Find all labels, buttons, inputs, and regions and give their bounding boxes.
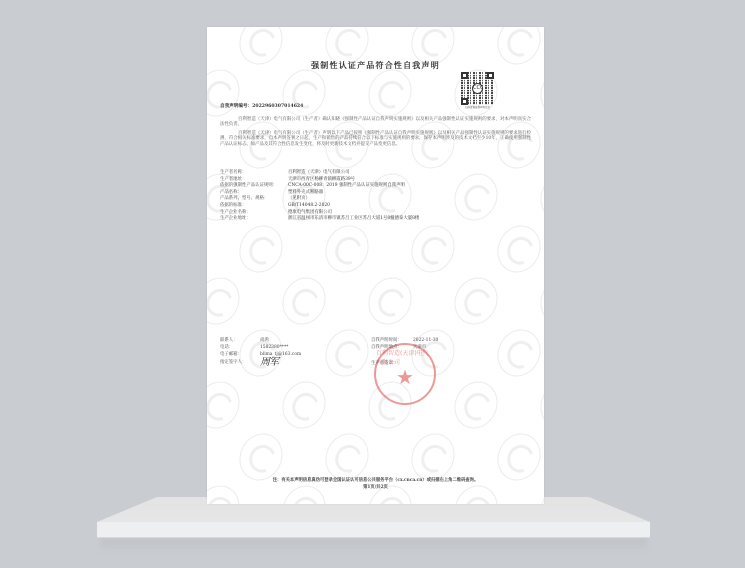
declaration-number: 自我声明编号：2022960307014624 <box>220 103 303 109</box>
declaration-info-label: 自我声明时间： <box>371 337 413 344</box>
field-label: 生产企业地址： <box>220 216 288 223</box>
field-label: 依据的强制性产品认证规则： <box>220 183 288 190</box>
declaration-place: 天津市 <box>413 344 426 351</box>
field-value: 浙江省温州市乐清市柳市镇苏吕工业区苏吕大道1号8幢德泰大厦8楼 <box>288 216 531 223</box>
field-value: （见附页） <box>288 196 531 203</box>
contact-row: 电话：1582380**** <box>220 344 370 351</box>
paragraph-declaration: 百利智造（天津）电气有限公司（生产者）声明以下产品已按照《强制性产品认证自我声明… <box>220 131 531 147</box>
contact-row: 联系人：尚鸿 <box>220 337 370 344</box>
document-content: 强制性认证产品符合性自我声明 CCC 扫码查询自我声明信息 自我声明编号：202… <box>207 27 544 504</box>
declaration-date: 2022-11-30 <box>413 337 438 344</box>
shelf-shadow <box>100 538 647 552</box>
qr-caption: 扫码查询自我声明信息 <box>461 105 494 109</box>
qr-code[interactable]: CCC 扫码查询自我声明信息 <box>461 72 494 108</box>
field-value: 百利智造（天津）电气有限公司 <box>288 170 531 177</box>
handwritten-signature: 周军 <box>260 359 278 367</box>
field-value: CNCA-00C-008：2019 强制性产品认证实施规则自我声明 <box>288 183 531 190</box>
contact-info: 联系人：尚鸿 电话：1582380**** 电子邮箱：blima_tj@163.… <box>220 337 370 367</box>
field-label: 生产者名称： <box>220 170 288 177</box>
footnote: 注：有关本声明信息真伪可登录全国认证认可信息公共服务平台（cx.cnca.cn）… <box>207 477 544 491</box>
declaration-info-label: 自我声明地点： <box>371 344 413 351</box>
product-info-fields: 生产者名称：百利智造（天津）电气有限公司 生产者地址：天津市西青区杨柳青镇柳霞路… <box>220 170 531 223</box>
contact-label: 电话： <box>220 344 260 351</box>
display-shelf-front <box>97 522 650 538</box>
field-row: 生产企业地址：浙江省温州市乐清市柳市镇苏吕工业区苏吕大道1号8幢德泰大厦8楼 <box>220 216 531 223</box>
company-seal-stamp: 百利智造(天津)电气有限公司 ★ <box>374 343 436 405</box>
contact-row: 电子邮箱：blima_tj@163.com <box>220 351 370 358</box>
certificate-page: 强制性认证产品符合性自我声明 CCC 扫码查询自我声明信息 自我声明编号：202… <box>207 27 544 504</box>
footnote-text: 注：有关本声明信息真伪可登录全国认证认可信息公共服务平台（cx.cnca.cn）… <box>207 477 544 484</box>
declaration-info-row: 自我声明地点：天津市 <box>371 344 531 351</box>
field-row: 依据的强制性产品认证规则：CNCA-00C-008：2019 强制性产品认证实施… <box>220 183 531 190</box>
declaration-number-value: 2022960307014624 <box>252 104 303 109</box>
field-value: GB/T14048.2-2020 <box>288 203 531 210</box>
declaration-info-row: 自我声明时间：2022-11-30 <box>371 337 531 344</box>
paragraph-acknowledgement: 百利智造（天津）电气有限公司（生产者）确认知晓《强制性产品认证自我声明实施规则》… <box>220 117 531 128</box>
contact-person: 尚鸿 <box>260 337 269 344</box>
declaration-number-label: 自我声明编号： <box>220 104 252 109</box>
ccc-logo-icon: CCC <box>472 83 483 94</box>
contact-label: 电子邮箱： <box>220 351 260 358</box>
document-title: 强制性认证产品符合性自我声明 <box>207 60 544 71</box>
field-row: 生产者名称：百利智造（天津）电气有限公司 <box>220 170 531 177</box>
field-row: 依据的标准：GB/T14048.2-2020 <box>220 203 531 210</box>
contact-phone: 1582380**** <box>260 344 288 351</box>
field-label: 产品系列、型号、规格： <box>220 196 288 203</box>
field-value: 塑料外壳式断路器 <box>288 190 531 197</box>
contact-row: 指定签字人：周军 <box>220 359 370 367</box>
declaration-info: 自我声明时间：2022-11-30 自我声明地点：天津市 <box>371 337 531 351</box>
contact-label: 联系人： <box>220 337 260 344</box>
page-indicator: 第1页/共2页 <box>207 484 544 491</box>
contact-label: 指定签字人： <box>220 359 260 367</box>
field-label: 依据的标准： <box>220 203 288 210</box>
qr-code-icon: CCC <box>461 72 494 105</box>
producer-signature-label: 生产者签章： <box>371 360 397 366</box>
field-row: 产品系列、型号、规格：（见附页） <box>220 196 531 203</box>
seal-star-icon: ★ <box>376 365 434 389</box>
